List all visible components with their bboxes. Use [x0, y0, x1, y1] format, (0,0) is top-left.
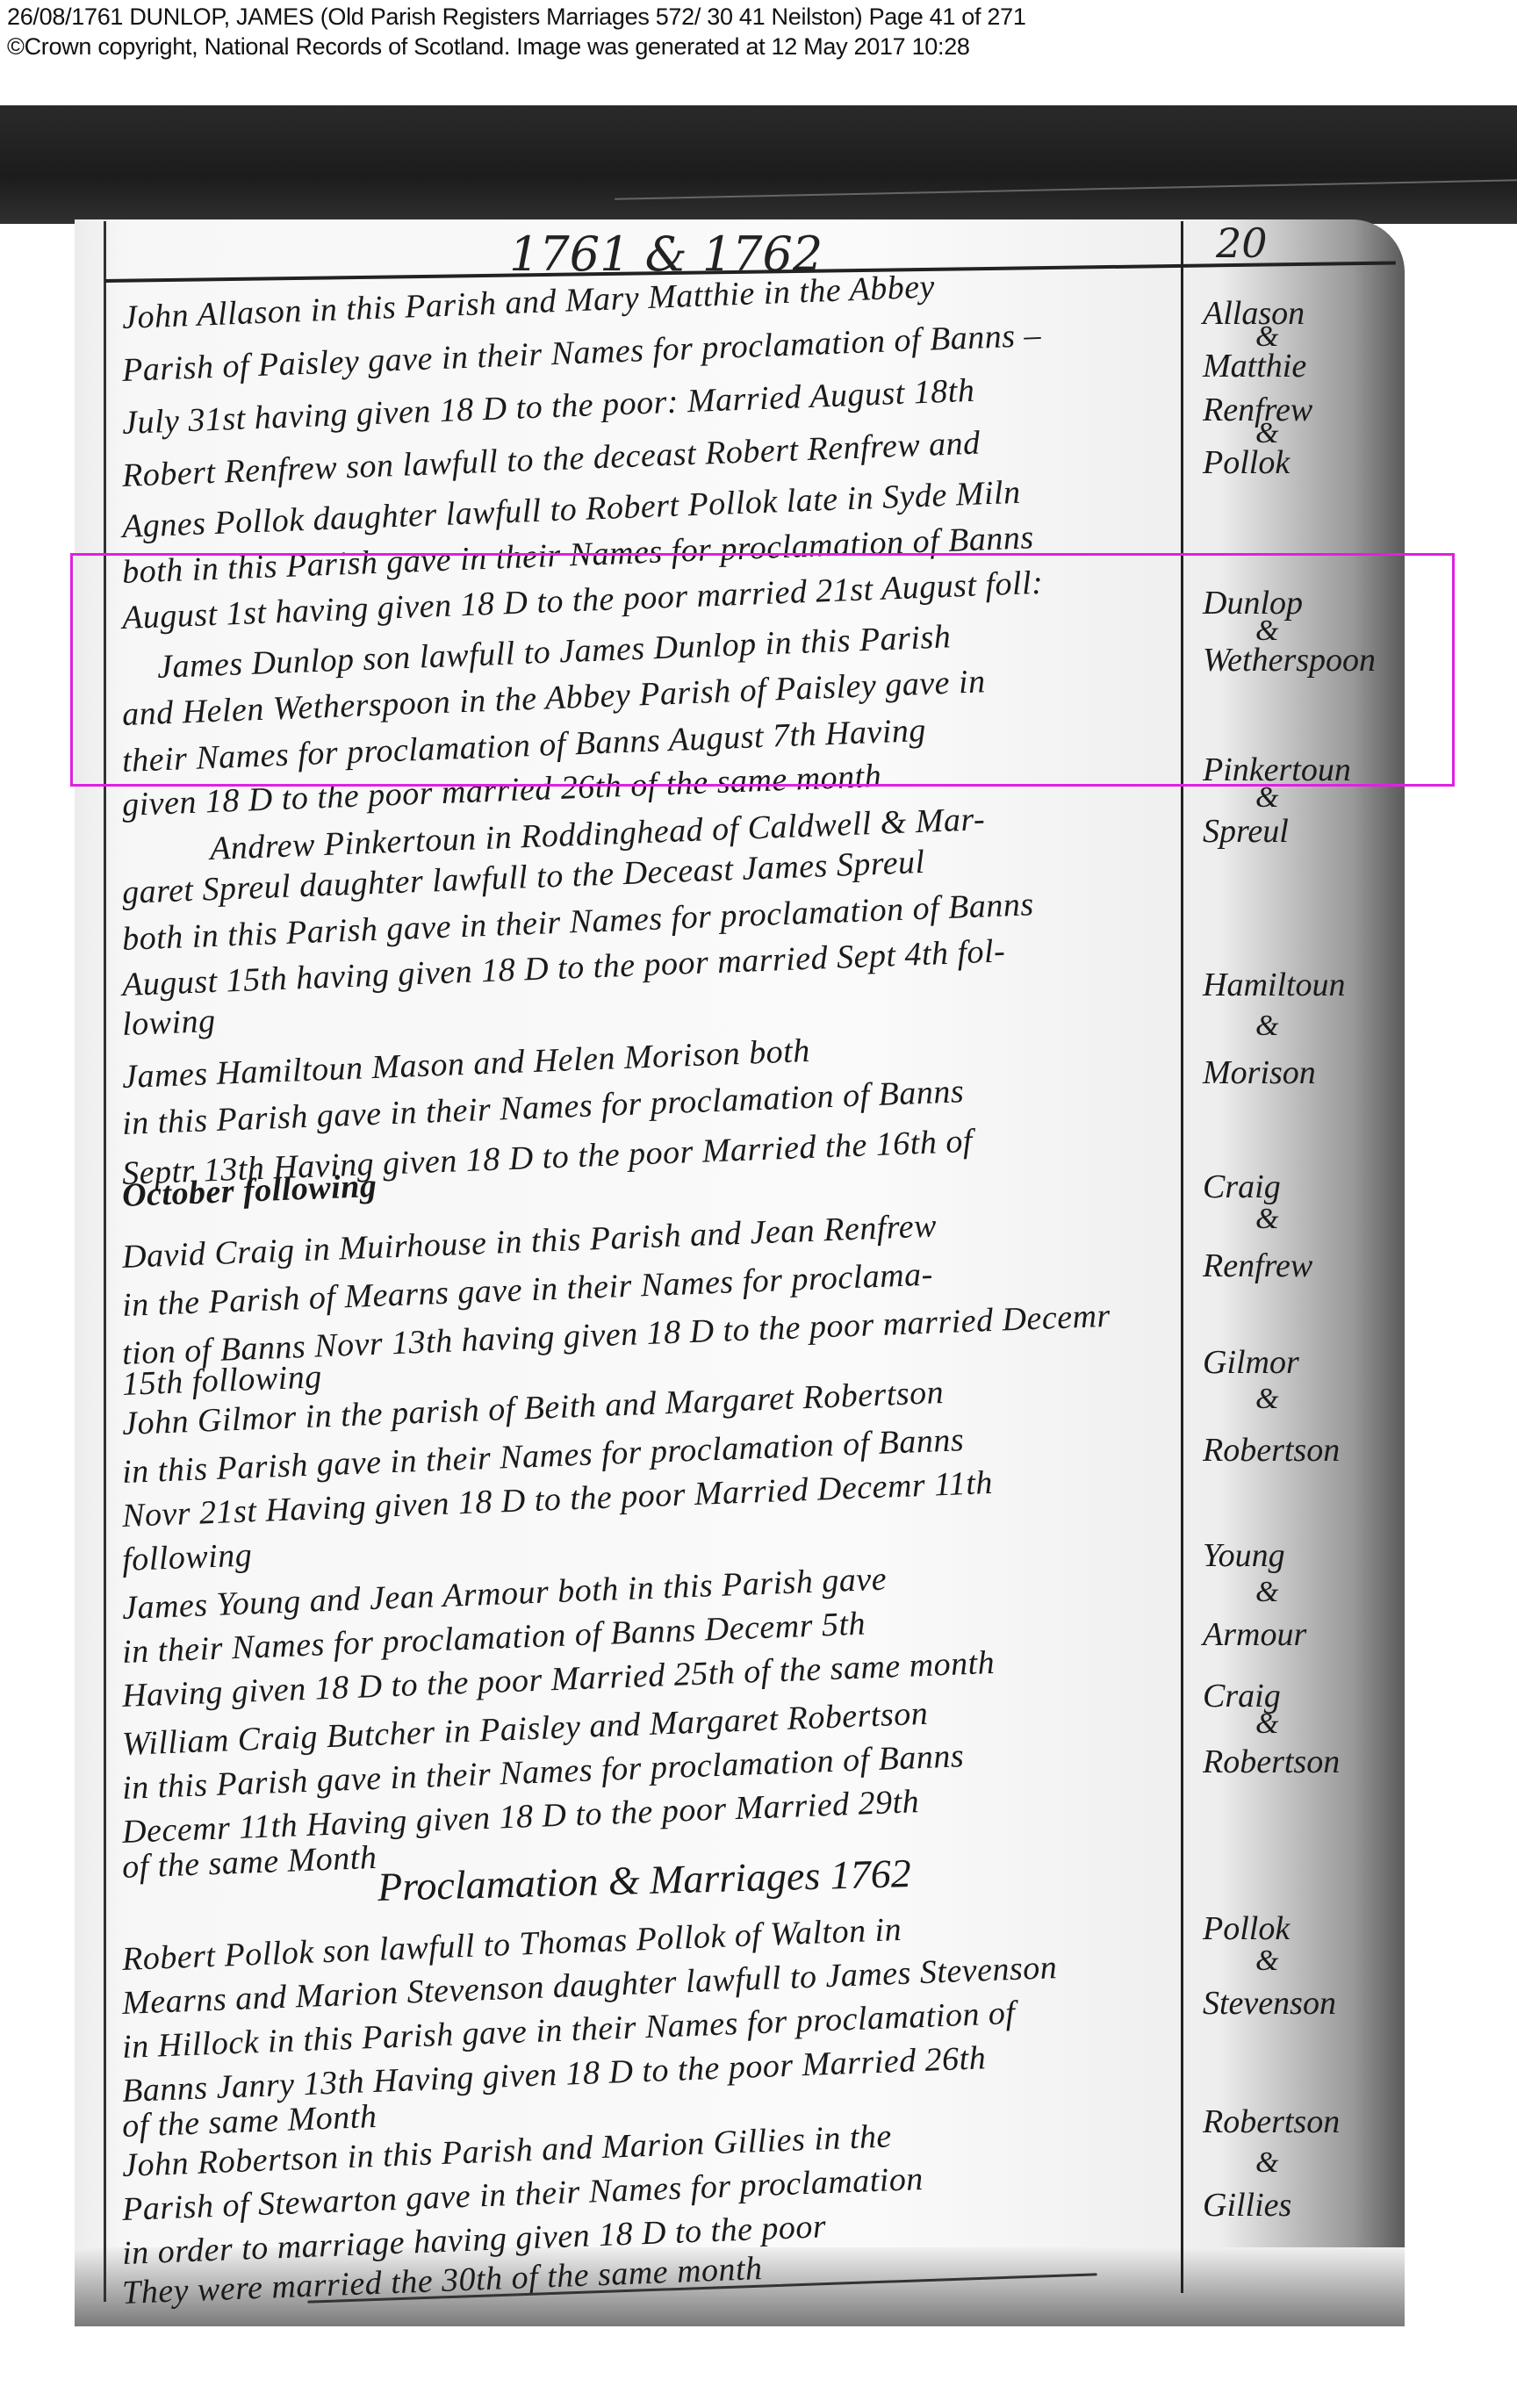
margin-name: Renfrew — [1203, 1247, 1312, 1285]
margin-name: Robertson — [1203, 2103, 1340, 2141]
record-title: 26/08/1761 DUNLOP, JAMES (Old Parish Reg… — [7, 2, 1026, 32]
margin-ampersand: & — [1255, 1944, 1278, 1978]
margin-ampersand: & — [1255, 1707, 1278, 1741]
margin-name: Pollok — [1203, 1909, 1290, 1948]
folio-number: 20 — [1216, 219, 1268, 267]
margin-column-rule — [1181, 221, 1183, 2293]
record-highlight-box — [70, 553, 1455, 787]
document-header: 26/08/1761 DUNLOP, JAMES (Old Parish Reg… — [7, 2, 1026, 61]
margin-name: Matthie — [1203, 347, 1306, 385]
book-binding-shadow — [0, 105, 1517, 224]
margin-name: Hamiltoun — [1203, 966, 1346, 1004]
margin-name: Robertson — [1203, 1743, 1340, 1781]
margin-name: Spreul — [1203, 812, 1289, 851]
margin-ampersand: & — [1255, 1576, 1278, 1609]
margin-name: Young — [1203, 1536, 1285, 1575]
margin-name: Craig — [1203, 1168, 1281, 1206]
margin-ampersand: & — [1255, 1383, 1278, 1416]
left-margin-rule — [104, 221, 106, 2302]
margin-name: Armour — [1203, 1615, 1306, 1654]
margin-ampersand: & — [1255, 2146, 1278, 2180]
margin-name: Allason — [1203, 294, 1305, 333]
margin-name: Stevenson — [1203, 1984, 1336, 2023]
margin-name: Morison — [1203, 1053, 1316, 1092]
margin-ampersand: & — [1255, 1203, 1278, 1236]
margin-name: Gillies — [1203, 2186, 1291, 2225]
copyright-notice: ©Crown copyright, National Records of Sc… — [7, 32, 1026, 61]
margin-ampersand: & — [1255, 1010, 1278, 1043]
margin-name: Gilmor — [1203, 1343, 1299, 1382]
margin-name: Robertson — [1203, 1431, 1340, 1470]
margin-name: Pollok — [1203, 443, 1290, 482]
